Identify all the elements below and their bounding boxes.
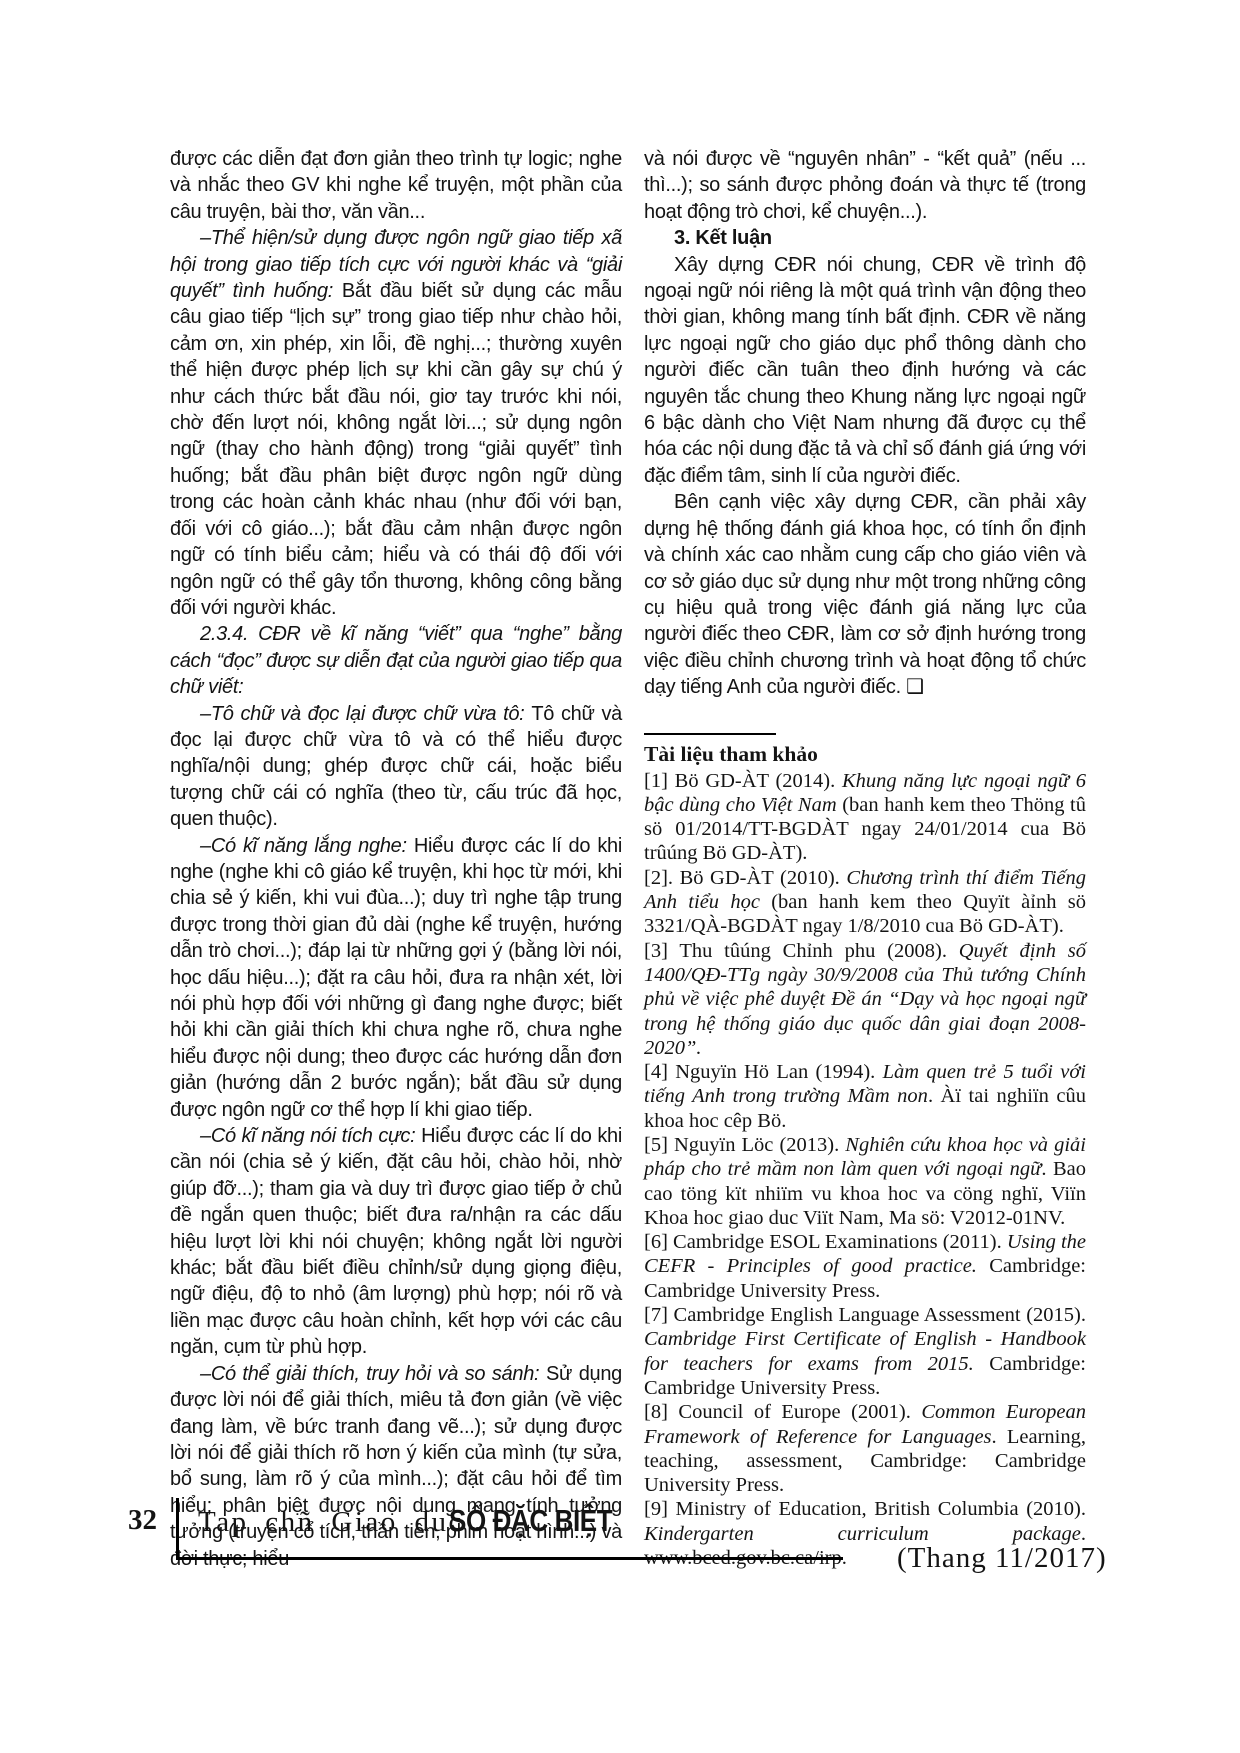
text-run: –Có kĩ năng nói tích cực: — [200, 1125, 421, 1147]
text-run: –Có kĩ năng lắng nghe: — [200, 835, 414, 857]
footer-rule — [176, 1557, 843, 1560]
text-run: Bắt đầu biết sử dụng các mẫu câu giao ti… — [170, 280, 622, 619]
paragraph: –Tô chữ và đọc lại được chữ vừa tô: Tô c… — [170, 701, 622, 833]
text-run: Sử dụng được lời nói để giải thích, miêu… — [170, 1363, 622, 1570]
text-run: và nói được về “nguyên nhân” - “kết quả”… — [644, 148, 1086, 223]
text-run: [7] Cambridge English Language Assessmen… — [644, 1304, 1086, 1326]
section-heading-conclusion: 3. Kết luận — [644, 225, 1086, 251]
text-run: Bên cạnh việc xây dựng CĐR, cần phải xây… — [644, 491, 1086, 698]
end-of-article-mark: ❑ — [901, 676, 924, 698]
text-run: [4] Nguyïn Hö Lan (1994). — [644, 1061, 883, 1083]
reference-item: [1] Bö GD-ÀT (2014). Khung năng lực ngoạ… — [644, 769, 1086, 866]
issue-label: SỐ ĐẶC BIỆT — [449, 1505, 612, 1536]
text-run: [6] Cambridge ESOL Examinations (2011). — [644, 1231, 1007, 1253]
reference-item: [2]. Bö GD-ÀT (2010). Chương trình thí đ… — [644, 866, 1086, 939]
references-section: Tài liệu tham khảo [1] Bö GD-ÀT (2014). … — [644, 733, 1086, 1571]
left-column: được các diễn đạt đơn giản theo trình tự… — [170, 146, 622, 1572]
paragraph: –Thể hiện/sử dụng được ngôn ngữ giao tiế… — [170, 225, 622, 621]
text-run: [5] Nguyïn Löc (2013). — [644, 1134, 845, 1156]
paragraph: được các diễn đạt đơn giản theo trình tự… — [170, 146, 622, 225]
paragraph: Xây dựng CĐR nói chung, CĐR về trình độ … — [644, 252, 1086, 490]
paragraph: –Có thể giải thích, truy hỏi và so sánh:… — [170, 1361, 622, 1572]
reference-item: [4] Nguyïn Hö Lan (1994). Làm quen trẻ 5… — [644, 1060, 1086, 1133]
footer-vertical-divider — [176, 1498, 179, 1560]
right-column: và nói được về “nguyên nhân” - “kết quả”… — [644, 146, 1086, 1570]
reference-item: [5] Nguyïn Löc (2013). Nghiên cứu khoa h… — [644, 1133, 1086, 1230]
reference-item: [3] Thu tûúng Chỉnh phu (2008). Quyết đị… — [644, 939, 1086, 1060]
text-run: được các diễn đạt đơn giản theo trình tự… — [170, 148, 622, 223]
reference-item: [6] Cambridge ESOL Examinations (2011). … — [644, 1230, 1086, 1303]
reference-item: [7] Cambridge English Language Assessmen… — [644, 1303, 1086, 1400]
paragraph: –Có kĩ năng nói tích cực: Hiểu được các … — [170, 1123, 622, 1361]
paragraph: và nói được về “nguyên nhân” - “kết quả”… — [644, 146, 1086, 225]
text-run: [1] Bö GD-ÀT (2014). — [644, 770, 842, 792]
text-run: 3. Kết luận — [674, 227, 772, 249]
journal-name: Tap chñ Giao duc — [198, 1508, 464, 1537]
page-number: 32 — [128, 1506, 157, 1535]
paragraph: Bên cạnh việc xây dựng CĐR, cần phải xây… — [644, 489, 1086, 700]
text-run: [3] Thu tûúng Chỉnh phu (2008). — [644, 940, 959, 962]
reference-item: [8] Council of Europe (2001). Common Eur… — [644, 1400, 1086, 1497]
text-run: –Tô chữ và đọc lại được chữ vừa tô: — [200, 703, 531, 725]
text-run: [8] Council of Europe (2001). — [644, 1401, 921, 1423]
text-run: Hiểu được các lí do khi nghe (nghe khi c… — [170, 835, 622, 1121]
paragraph: 2.3.4. CĐR về kĩ năng “viết” qua “nghe” … — [170, 621, 622, 700]
references-list: [1] Bö GD-ÀT (2014). Khung năng lực ngoạ… — [644, 769, 1086, 1571]
text-run: [2]. Bö GD-ÀT (2010). — [644, 867, 846, 889]
journal-page: được các diễn đạt đơn giản theo trình tự… — [0, 0, 1240, 1753]
text-run: –Có thể giải thích, truy hỏi và so sánh: — [200, 1363, 546, 1385]
issue-date: (Thang 11/2017) — [897, 1544, 1107, 1573]
paragraph: –Có kĩ năng lắng nghe: Hiểu được các lí … — [170, 833, 622, 1123]
text-run: 2.3.4. CĐR về kĩ năng “viết” qua “nghe” … — [170, 623, 622, 698]
references-heading: Tài liệu tham khảo — [644, 741, 1086, 767]
right-column-body: và nói được về “nguyên nhân” - “kết quả”… — [644, 146, 1086, 701]
text-run: [9] Ministry of Education, British Colum… — [644, 1498, 1086, 1520]
references-divider — [644, 733, 776, 735]
text-run: Xây dựng CĐR nói chung, CĐR về trình độ … — [644, 254, 1086, 487]
text-run: Hiểu được các lí do khi cần nói (chia sẻ… — [170, 1125, 622, 1358]
